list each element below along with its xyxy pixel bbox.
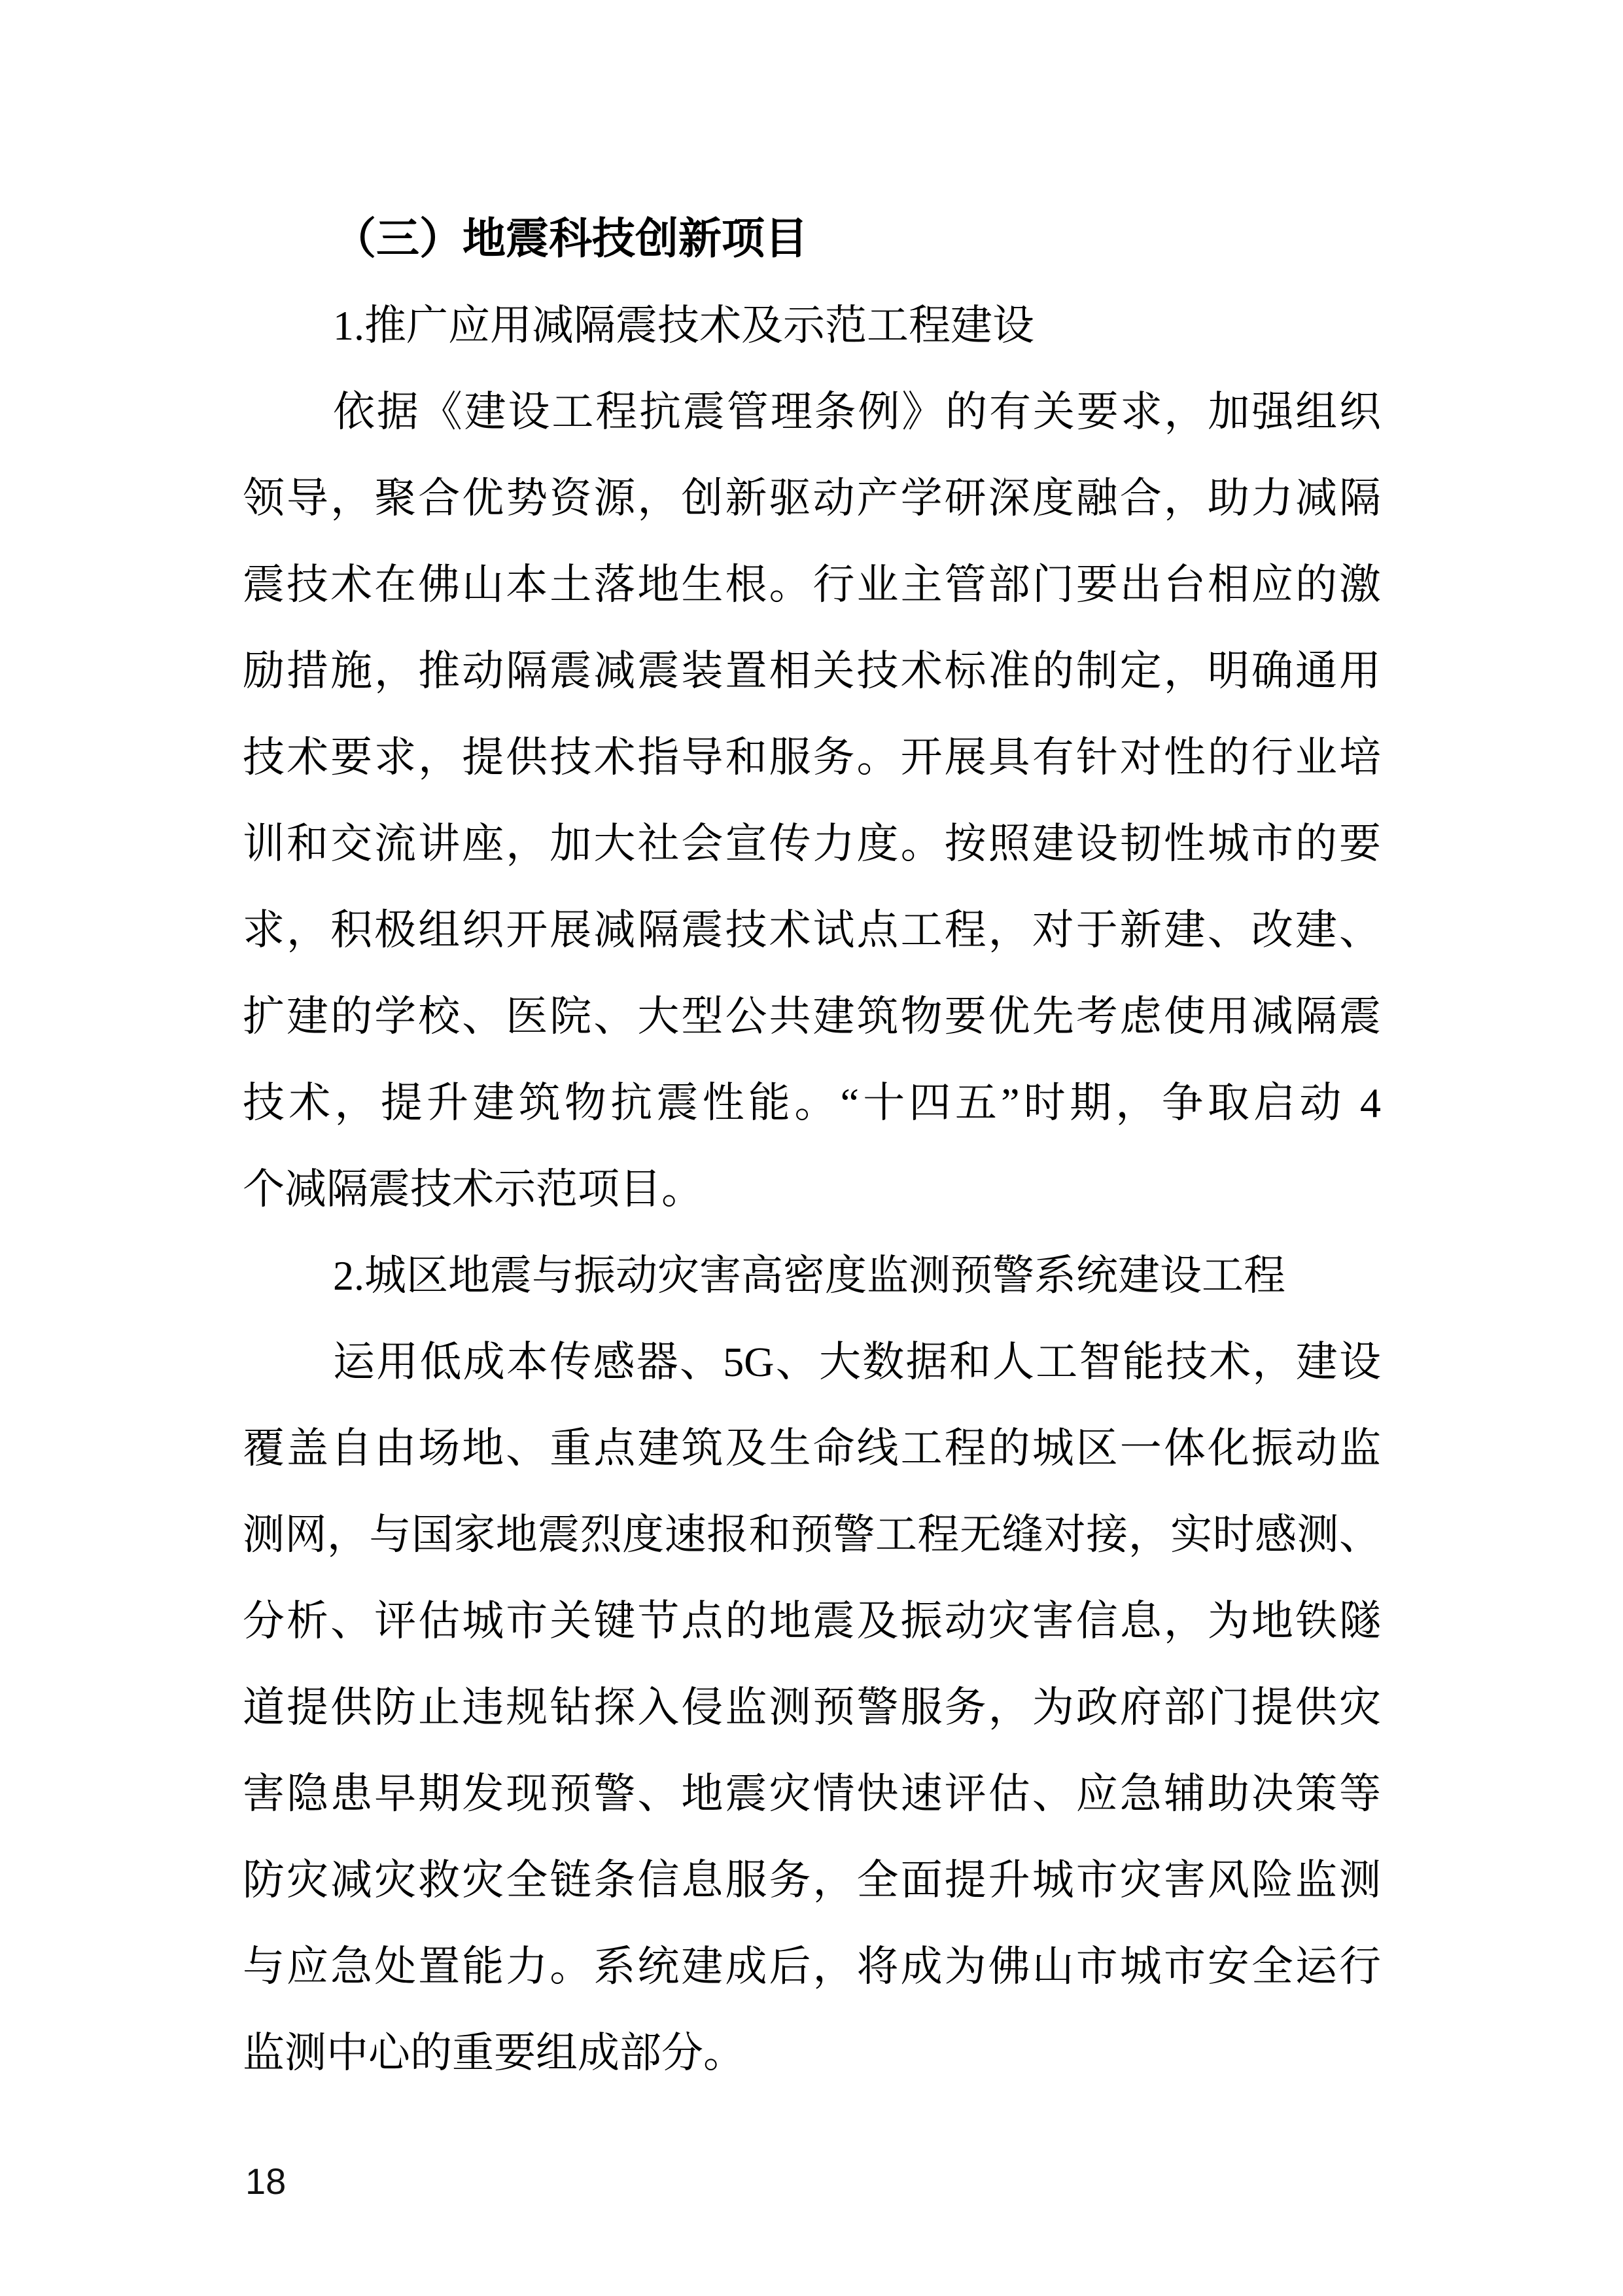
paragraph-line: 励措施，推动隔震减震装置相关技术标准的制定，明确通用 bbox=[243, 628, 1381, 715]
paragraph-line: 运用低成本传感器、5G、大数据和人工智能技术，建设 bbox=[243, 1319, 1381, 1405]
paragraph-line: 技术要求，提供技术指导和服务。开展具有针对性的行业培 bbox=[243, 715, 1381, 801]
paragraph-line: 求，积极组织开展减隔震技术试点工程，对于新建、改建、 bbox=[243, 887, 1381, 974]
paragraph-line: 依据《建设工程抗震管理条例》的有关要求，加强组织 bbox=[243, 369, 1381, 455]
paragraph-line: 道提供防止违规钻探入侵监测预警服务，为政府部门提供灾 bbox=[243, 1665, 1381, 1751]
subsection-title-2: 2.城区地震与振动灾害高密度监测预警系统建设工程 bbox=[243, 1233, 1381, 1319]
paragraph-last-line: 监测中心的重要组成部分。 bbox=[243, 2010, 1381, 2096]
paragraph-line: 测网，与国家地震烈度速报和预警工程无缝对接，实时感测、 bbox=[243, 1492, 1381, 1578]
paragraph-line: 覆盖自由场地、重点建筑及生命线工程的城区一体化振动监 bbox=[243, 1405, 1381, 1492]
paragraph-line: 训和交流讲座，加大社会宣传力度。按照建设韧性城市的要 bbox=[243, 801, 1381, 887]
paragraph-line: 与应急处置能力。系统建成后，将成为佛山市城市安全运行 bbox=[243, 1924, 1381, 2010]
paragraph-line: 害隐患早期发现预警、地震灾情快速评估、应急辅助决策等 bbox=[243, 1751, 1381, 1837]
paragraph-line: 分析、评估城市关键节点的地震及振动灾害信息，为地铁隧 bbox=[243, 1578, 1381, 1665]
document-body: （三）地震科技创新项目 1.推广应用减隔震技术及示范工程建设 依据《建设工程抗震… bbox=[243, 196, 1381, 2096]
subsection-title-1: 1.推广应用减隔震技术及示范工程建设 bbox=[243, 283, 1381, 369]
page-number: 18 bbox=[245, 2161, 286, 2202]
paragraph-line: 扩建的学校、医院、大型公共建筑物要优先考虑使用减隔震 bbox=[243, 974, 1381, 1060]
paragraph-line: 领导，聚合优势资源，创新驱动产学研深度融合，助力减隔 bbox=[243, 455, 1381, 542]
paragraph-line: 震技术在佛山本土落地生根。行业主管部门要出台相应的激 bbox=[243, 542, 1381, 628]
document-page: （三）地震科技创新项目 1.推广应用减隔震技术及示范工程建设 依据《建设工程抗震… bbox=[0, 0, 1623, 2296]
paragraph-line: 防灾减灾救灾全链条信息服务，全面提升城市灾害风险监测 bbox=[243, 1837, 1381, 1924]
section-heading: （三）地震科技创新项目 bbox=[243, 196, 1381, 283]
paragraph-last-line: 个减隔震技术示范项目。 bbox=[243, 1146, 1381, 1233]
paragraph-line: 技术，提升建筑物抗震性能。“十四五”时期，争取启动 4 bbox=[243, 1060, 1381, 1146]
